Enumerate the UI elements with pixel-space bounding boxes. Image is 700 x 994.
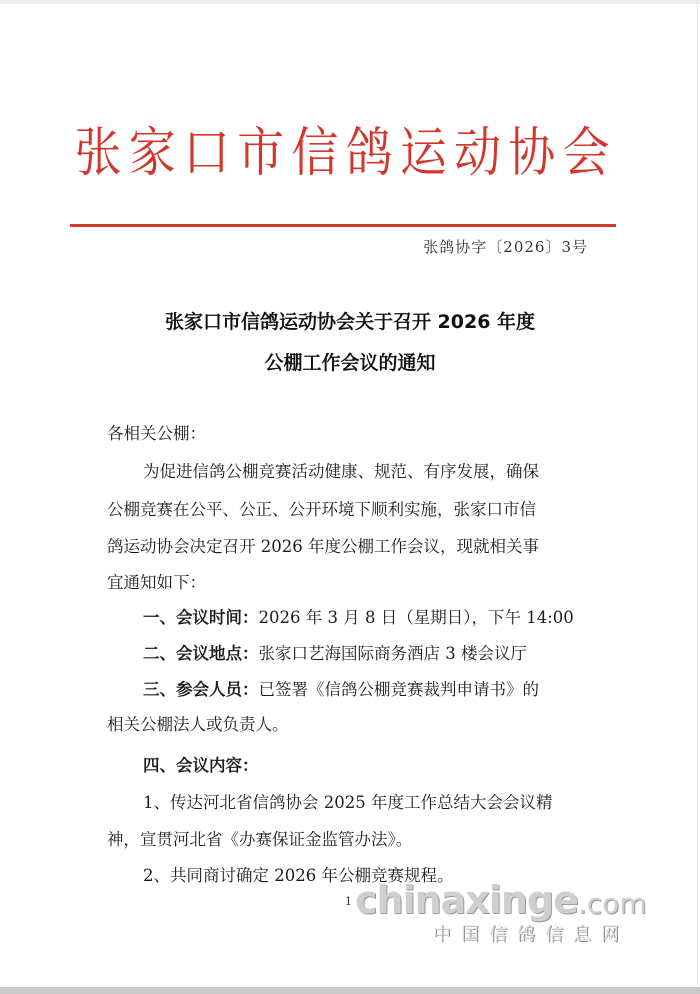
- watermark-char: 信: [545, 920, 563, 946]
- watermark-tld: .com: [578, 887, 647, 920]
- page-number: 1: [345, 895, 352, 908]
- intro-line-1: 为促进信鸽公棚竞赛活动健康、规范、有序发展，确保: [143, 458, 643, 482]
- title-char: 鸽: [343, 118, 395, 190]
- title-char: 协: [506, 118, 558, 190]
- watermark-char: 息: [573, 920, 591, 946]
- letterhead-organization-title: 张 家 口 市 信 鸽 运 动 协 会: [72, 118, 612, 190]
- watermark-char: 中: [433, 920, 451, 946]
- item-label: 二、会议地点：: [143, 644, 259, 663]
- watermark-char: 信: [489, 920, 507, 946]
- item-meeting-location: 二、会议地点：张家口艺海国际商务酒店 3 楼会议厅: [143, 640, 643, 664]
- intro-line-3: 鸽运动协会决定召开 2026 年度公棚工作会议，现就相关事: [107, 533, 607, 557]
- item-meeting-time: 一、会议时间：2026 年 3 月 8 日（星期日），下午 14:00: [143, 604, 643, 628]
- intro-line-2: 公棚竞赛在公平、公正、公开环境下顺利实施，张家口市信: [107, 496, 607, 520]
- item-text: 已签署《信鸽公棚竞赛裁判申请书》的: [259, 680, 540, 699]
- content-point-1-continuation: 神，宣贯河北省《办赛保证金监管办法》。: [107, 826, 607, 850]
- item-text: 2026 年 3 月 8 日（星期日），下午 14:00: [259, 608, 574, 627]
- watermark-char: 鸽: [517, 920, 535, 946]
- notice-title-line-1: 张家口市信鸽运动协会关于召开 2026 年度: [0, 307, 700, 334]
- document-number: 张鸽协字〔2026〕3号: [423, 236, 588, 257]
- title-char: 口: [180, 118, 232, 190]
- title-char: 市: [235, 118, 287, 190]
- scan-top-edge: [0, 0, 700, 4]
- content-point-1: 1、传达河北省信鸽协会 2025 年度工作总结大会会议精: [143, 789, 643, 813]
- item-attendees-continuation: 相关公棚法人或负责人。: [107, 711, 607, 735]
- watermark-char: 网: [601, 920, 619, 946]
- letterhead-red-rule: [70, 224, 616, 227]
- title-char: 会: [560, 118, 612, 190]
- watermark-site-logo: chinaxinge.com: [355, 878, 647, 922]
- item-meeting-content: 四、会议内容：: [143, 752, 643, 776]
- watermark-site: chinaxinge: [355, 878, 578, 922]
- item-label: 四、会议内容：: [143, 756, 259, 775]
- watermark-site-name: 中 国 信 鸽 信 息 网: [433, 920, 619, 946]
- item-text: 张家口艺海国际商务酒店 3 楼会议厅: [259, 644, 528, 663]
- notice-title-line-2: 公棚工作会议的通知: [0, 348, 700, 375]
- title-char: 动: [452, 118, 504, 190]
- scan-bottom-edge: [0, 987, 700, 994]
- intro-line-4: 宜通知如下：: [107, 569, 607, 593]
- item-attendees: 三、参会人员：已签署《信鸽公棚竞赛裁判申请书》的: [143, 676, 643, 700]
- title-char: 信: [289, 118, 341, 190]
- scan-right-edge: [697, 0, 698, 988]
- item-label: 三、参会人员：: [143, 680, 259, 699]
- title-char: 张: [72, 118, 124, 190]
- salutation: 各相关公棚：: [107, 420, 607, 444]
- title-char: 运: [397, 118, 449, 190]
- watermark-char: 国: [461, 920, 479, 946]
- title-char: 家: [126, 118, 178, 190]
- item-label: 一、会议时间：: [143, 608, 259, 627]
